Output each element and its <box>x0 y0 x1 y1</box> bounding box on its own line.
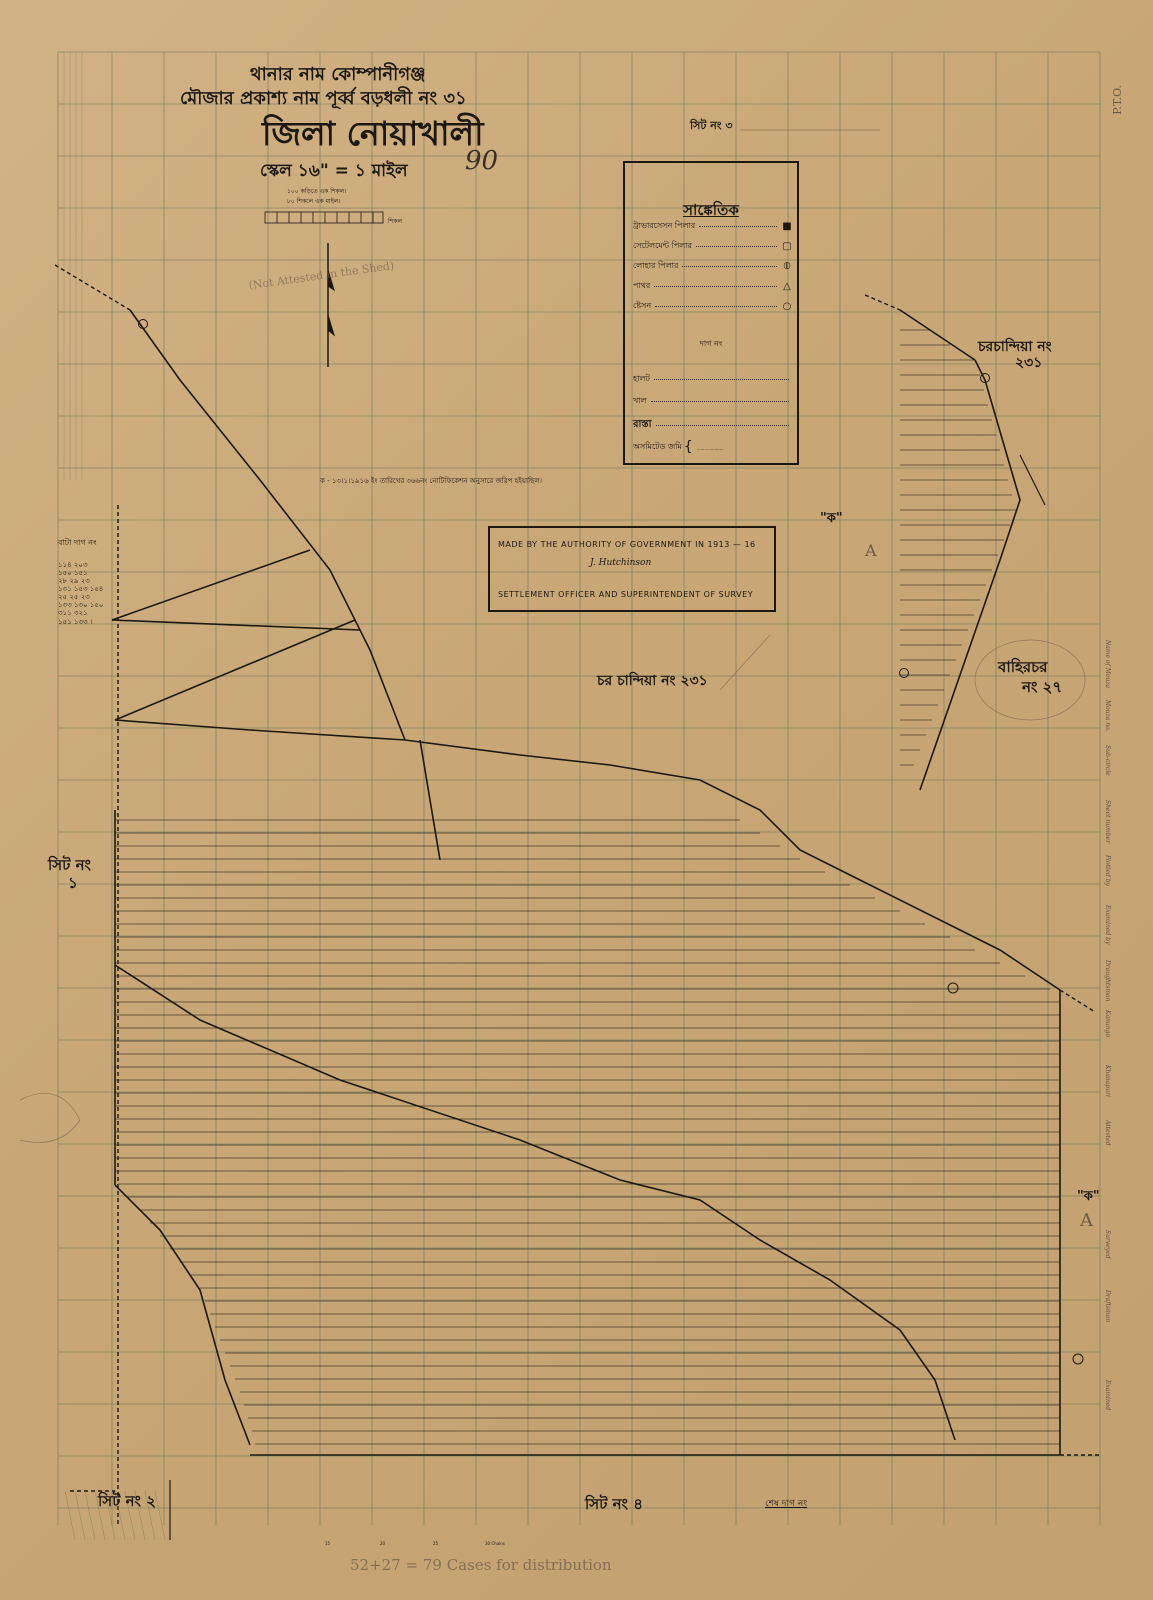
district-title: জিলা নোয়াখালী <box>262 117 484 150</box>
pto-note: P.T.O. <box>1112 85 1123 115</box>
sheet-1-ref: সিট নং <box>48 858 91 873</box>
legend-item: ষ্টেসন○ <box>633 300 793 313</box>
scale-bar <box>265 212 383 223</box>
scale-note-1: ১০০ কড়িতে এক শিকল। <box>287 189 346 195</box>
map-linework <box>0 0 1153 1600</box>
notification-note: ক - ১৩।১।১৯১৬ ইং তারিখের ৩৬৬নং নোটিফিকেশ… <box>320 478 542 485</box>
place-bahir-char: বাহিরচর <box>998 660 1047 675</box>
margin-field: Draughtsman <box>1104 960 1111 1001</box>
sheet-4-ref: সিট নং ৪ <box>585 1497 643 1512</box>
last-dag-label: শেষ দাগ নং <box>765 1500 807 1509</box>
authority-line: MADE BY THE AUTHORITY OF GOVERNMENT IN 1… <box>498 540 756 549</box>
scale-tick: 20 <box>380 1542 385 1546</box>
legend-dag-item: খাল <box>633 395 793 408</box>
place-char-chandia: চরচান্দিয়া নং <box>978 340 1052 354</box>
a-mark: A <box>1080 1212 1093 1230</box>
ka-mark: "ক" <box>1077 1190 1100 1203</box>
margin-field: Sheet number <box>1104 800 1111 843</box>
legend-item: সেটেলমেন্ট পিলার▢ <box>633 240 793 253</box>
margin-field: Examined <box>1104 1380 1111 1410</box>
legend-item: পাথর△ <box>633 280 793 293</box>
scale-tick: 15 <box>325 1542 330 1546</box>
cadastral-map-sheet: P.T.O. থানার নাম কোম্পানীগঞ্জ মৌজার প্রক… <box>0 0 1153 1600</box>
mouza-name: মৌজার প্রকাশ্য নাম পূর্ব্ব বড়ধলী নং ৩১ <box>180 90 467 108</box>
scale-bar-unit: শিকল <box>388 219 402 225</box>
margin-field: Attested <box>1104 1120 1111 1145</box>
thana-name: থানার নাম কোম্পানীগঞ্জ <box>250 66 426 84</box>
margin-field: Khanapuri <box>1104 1065 1111 1097</box>
grid-lines <box>58 52 1100 1525</box>
filled-square-icon: ■ <box>781 221 793 232</box>
margin-field: Examined by <box>1104 905 1111 944</box>
scale-tick: 25 <box>433 1542 438 1546</box>
sheet-1-number: ১ <box>68 876 78 891</box>
legend-item: ট্রাভারসেসন পিলার■ <box>633 220 793 233</box>
legend-dag-item: অসমিটেড জমি{····················· <box>633 439 793 455</box>
legend-dag-item: রাস্তা <box>633 417 793 434</box>
block-dag-list: বাটা দাগ নং ১১৪ ২০৩ ১৫০ ১৫১ ২৮ ২৯ ২৩ ১৩১… <box>58 538 103 626</box>
place-char-chandia-number: ২৩১ <box>1015 356 1042 370</box>
ka-mark: "ক" <box>820 512 843 525</box>
margin-field: Kanungo <box>1104 1010 1111 1037</box>
margin-field: Name of Mouza <box>1104 640 1111 688</box>
officer-title: SETTLEMENT OFFICER AND SUPERINTENDENT OF… <box>498 590 753 599</box>
authority-box: MADE BY THE AUTHORITY OF GOVERNMENT IN 1… <box>488 526 776 612</box>
mouza-boundary <box>112 310 1060 1455</box>
circle-pin-icon: ⦶ <box>781 261 793 272</box>
margin-field: Mouza no. <box>1104 700 1111 732</box>
officer-signature: J. Hutchinson <box>590 558 651 568</box>
sheet-2-ref: সিট নং ২ <box>98 1494 156 1509</box>
square-icon: ▢ <box>781 241 793 252</box>
legend-box: সাঙ্কেতিক ট্রাভারসেসন পিলার■ সেটেলমেন্ট … <box>623 161 799 465</box>
place-char-chandia-center: চর চান্দিয়া নং ২৩১ <box>597 674 708 688</box>
circle-icon: ○ <box>781 301 793 312</box>
place-bahir-char-number: নং ২৭ <box>1022 680 1062 695</box>
margin-field: Plotted by <box>1104 855 1111 886</box>
triangle-icon: △ <box>781 281 793 292</box>
plot-strips <box>115 820 1060 1444</box>
margin-field: Draftsman <box>1104 1290 1111 1322</box>
margin-field: Sub-circle <box>1104 745 1111 776</box>
pencil-number: 90 <box>465 148 498 174</box>
sheet-3-ref: সিট নং ৩ <box>690 120 733 131</box>
pencil-bottom-note: 52+27 = 79 Cases for distribution <box>350 1558 612 1573</box>
scale-note-2: ৮০ শিকলে এক মাইল। <box>287 199 340 205</box>
dag-header: দাগ নং <box>625 338 797 351</box>
legend-dag-item: হালট <box>633 373 793 386</box>
north-arrow-icon <box>328 243 334 367</box>
map-scale: স্কেল ১৬" = ১ মাইল <box>260 163 408 180</box>
scale-tick: 30 Chains <box>485 1542 505 1546</box>
margin-field: Surveyed <box>1104 1230 1111 1259</box>
a-mark: A <box>865 543 877 559</box>
legend-item: লোহার পিলার⦶ <box>633 260 793 273</box>
